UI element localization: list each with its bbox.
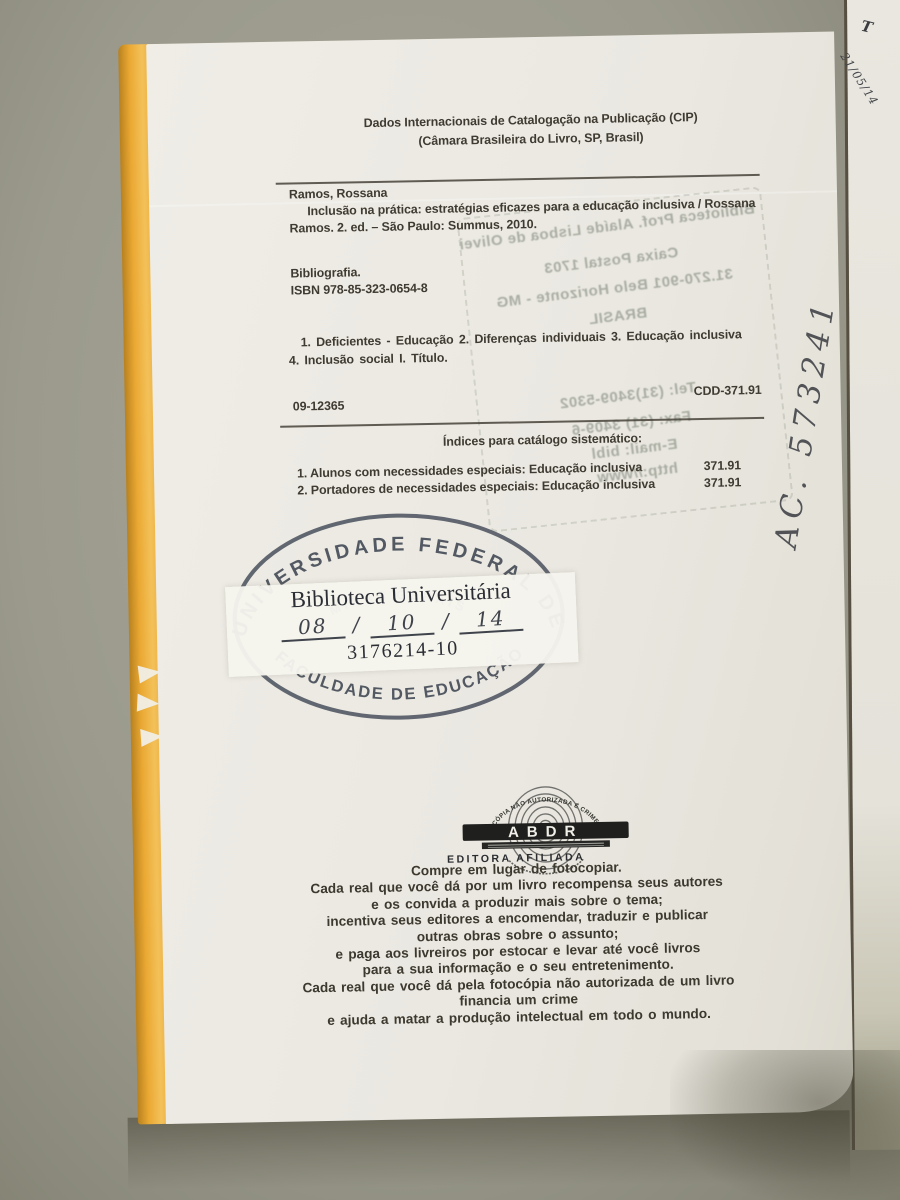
handwritten-corner-date: 21/05/14 xyxy=(838,50,882,108)
book: Biblioteca Prof. Alaíde Lisboa de Olivei… xyxy=(118,32,854,1125)
cip-subjects-line2: 4. Inclusão social I. Título. xyxy=(289,351,448,368)
page-stack-edge: T 21/05/14 xyxy=(844,0,900,1150)
antipiracy-text: Compre em lugar de fotocopiar. Cada real… xyxy=(161,855,852,1032)
date-year: 14 xyxy=(458,605,523,635)
index-code: 371.91 xyxy=(704,458,742,473)
catalog-page: Biblioteca Prof. Alaíde Lisboa de Olivei… xyxy=(146,32,854,1124)
cip-bibliography: Bibliografia. xyxy=(290,265,361,280)
handwritten-corner-mark: T xyxy=(859,17,874,37)
cip-cdd-number: CDD-371.91 xyxy=(694,383,762,398)
cip-record-number: 09-12365 xyxy=(293,399,345,414)
date-day: 08 xyxy=(280,612,345,642)
date-month: 10 xyxy=(369,609,434,639)
cip-rule-top xyxy=(276,174,760,184)
index-code: 371.91 xyxy=(704,475,742,490)
library-label: Biblioteca Universitária 08 / 10 / 14 31… xyxy=(225,572,579,677)
cip-author: Ramos, Rossana xyxy=(289,186,388,202)
abdr-name: ABDR xyxy=(508,823,584,841)
date-separator: / xyxy=(352,612,362,636)
page-fold-mark xyxy=(137,694,160,713)
cip-header: Dados Internacionais de Catalogação na P… xyxy=(272,107,761,154)
corner-shadow xyxy=(670,1050,900,1200)
cip-block: Dados Internacionais de Catalogação na P… xyxy=(272,107,760,116)
book-photo-scene: T 21/05/14 Biblioteca Prof. Alaíde Lisbo… xyxy=(0,0,900,1200)
cip-isbn: ISBN 978-85-323-0654-8 xyxy=(291,281,428,298)
date-separator: / xyxy=(442,608,452,632)
